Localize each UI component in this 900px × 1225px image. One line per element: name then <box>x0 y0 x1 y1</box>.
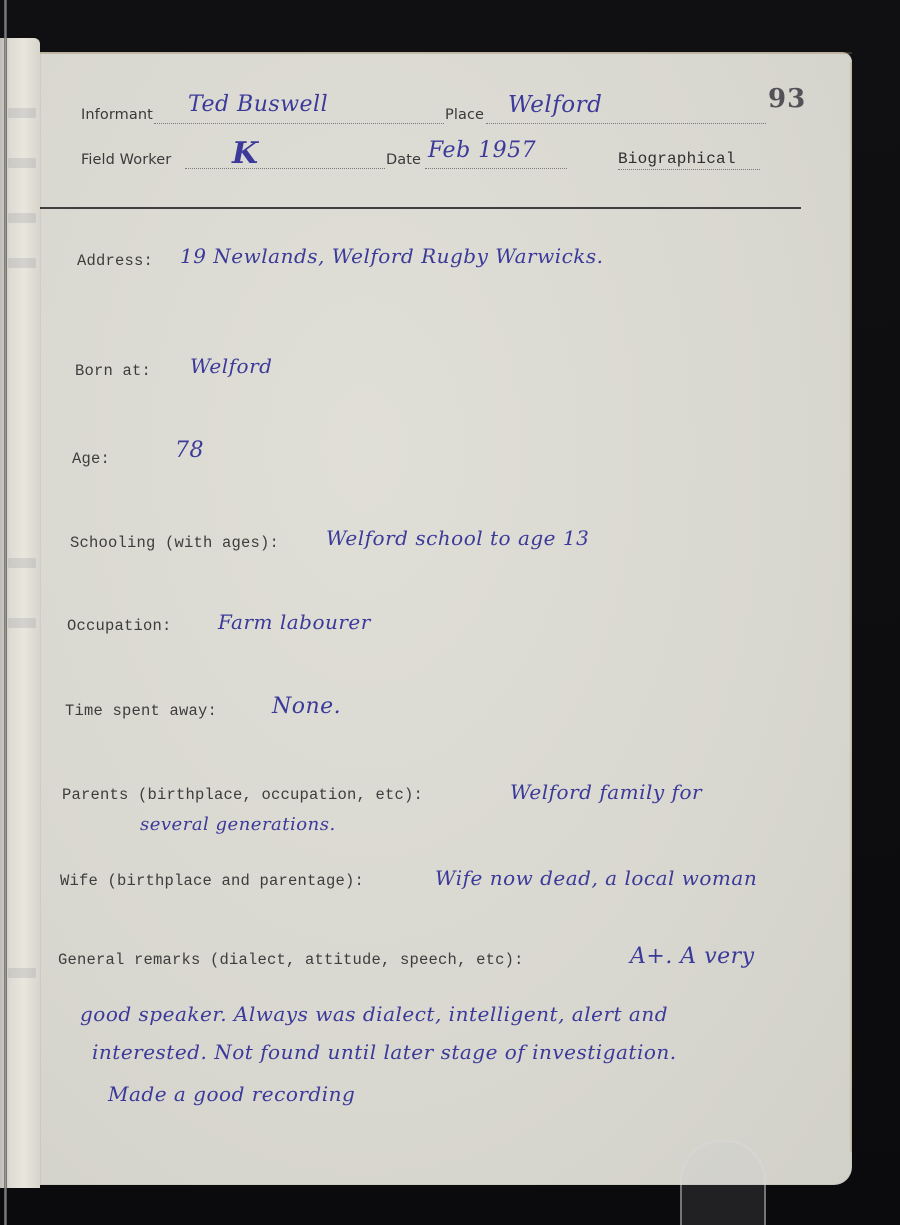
born-at-label: Born at: <box>75 362 151 380</box>
born-at-value: Welford <box>190 354 272 378</box>
time-spent-away-value: None. <box>272 694 341 719</box>
general-remarks-value: A+. A very <box>630 944 755 969</box>
occupation-label: Occupation: <box>67 617 172 635</box>
informant-dotted-line <box>154 123 444 124</box>
ghost-text <box>8 108 36 118</box>
ghost-text <box>8 968 36 978</box>
date-value: Feb 1957 <box>428 138 536 163</box>
ghost-text <box>8 158 36 168</box>
parents-value: Welford family for <box>510 780 702 804</box>
ghost-text <box>8 258 36 268</box>
address-label: Address: <box>77 252 153 270</box>
field-worker-dotted-line <box>185 168 385 169</box>
ghost-text <box>8 558 36 568</box>
age-label: Age: <box>72 450 110 468</box>
ghost-text <box>8 213 36 223</box>
schooling-value: Welford school to age 13 <box>326 526 589 550</box>
card-right-edge <box>849 62 852 1152</box>
general-remarks-line-4: Made a good recording <box>108 1082 355 1106</box>
field-worker-initials: K <box>232 136 259 171</box>
page-number-stamp: 93 <box>768 84 806 114</box>
informant-value: Ted Buswell <box>188 92 328 117</box>
field-worker-label: Field Worker <box>81 152 171 168</box>
informant-label: Informant <box>81 107 153 123</box>
general-remarks-line-3: interested. Not found until later stage … <box>92 1040 677 1064</box>
ghost-text <box>8 618 36 628</box>
place-value: Welford <box>508 92 602 118</box>
binder-ring-line <box>4 0 7 1225</box>
transparent-index-tab <box>680 1140 766 1225</box>
occupation-value: Farm labourer <box>218 610 371 634</box>
section-dotted-line <box>618 169 760 170</box>
age-value: 78 <box>175 438 204 463</box>
date-label: Date <box>386 152 421 168</box>
address-value: 19 Newlands, Welford Rugby Warwicks. <box>180 244 604 268</box>
wife-value: Wife now dead, a local woman <box>435 866 757 890</box>
place-label: Place <box>445 107 484 123</box>
section-label-biographical: Biographical <box>618 150 736 168</box>
wife-label: Wife (birthplace and parentage): <box>60 872 364 890</box>
general-remarks-label: General remarks (dialect, attitude, spee… <box>58 951 524 969</box>
header-divider-rule <box>40 207 801 209</box>
general-remarks-line-2: good speaker. Always was dialect, intell… <box>80 1002 668 1026</box>
parents-label: Parents (birthplace, occupation, etc): <box>62 786 423 804</box>
biographical-record-card: 93 Informant Ted Buswell Place Welford F… <box>40 52 852 1185</box>
card-top-edge <box>40 52 852 54</box>
time-spent-away-label: Time spent away: <box>65 702 217 720</box>
date-dotted-line <box>425 168 567 169</box>
schooling-label: Schooling (with ages): <box>70 534 279 552</box>
place-dotted-line <box>486 123 766 124</box>
parents-value-continuation: several generations. <box>140 814 336 835</box>
